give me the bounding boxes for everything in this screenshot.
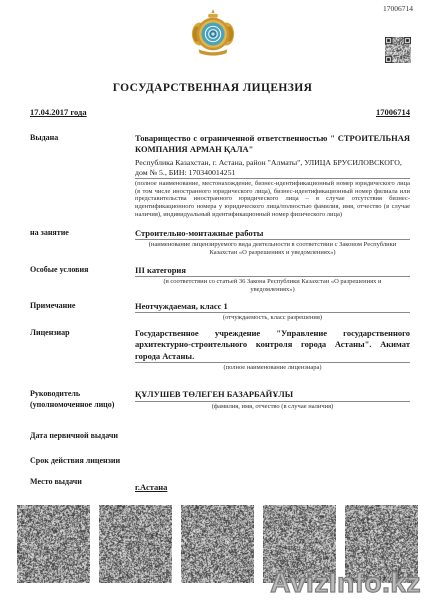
corner-serial-number: 17006714 bbox=[383, 4, 413, 13]
licensor-value: Государственное учреждение "Управление г… bbox=[135, 328, 410, 363]
field-licensor: Лицензиар Государственное учреждение "Уп… bbox=[30, 328, 410, 371]
licensee-address: Республика Казахстан, г. Астана, район "… bbox=[135, 158, 410, 178]
field-place-of-issue: Место выдачи г.Астана bbox=[30, 477, 410, 495]
field-special-conditions: Особые условия III категория (в соответс… bbox=[30, 265, 410, 294]
head-name: ҚҰЛУШЕВ ТӨЛЕГЕН БАЗАРБАЙҰЛЫ bbox=[135, 389, 410, 401]
field-label: Руководитель (уполномоченное лицо) bbox=[30, 389, 135, 411]
field-activity: на занятие Строительно-монтажные работы … bbox=[30, 228, 410, 257]
field-caption: (полное наименование, местонахождение, б… bbox=[135, 180, 410, 218]
field-label: Лицензиар bbox=[30, 328, 135, 371]
field-validity: Срок действия лицензии bbox=[30, 456, 410, 467]
document-title: ГОСУДАРСТВЕННАЯ ЛИЦЕНЗИЯ bbox=[0, 82, 425, 94]
fields-section: Выдана Товарищество с ограниченной ответ… bbox=[0, 133, 425, 495]
field-note: Примечание Неотчуждаемая, класс 1 (отчуж… bbox=[30, 301, 410, 322]
field-issued-to: Выдана Товарищество с ограниченной ответ… bbox=[30, 133, 410, 218]
special-conditions-value: III категория bbox=[135, 265, 410, 277]
head-label: Руководитель bbox=[30, 389, 129, 400]
license-document: 17006714 ГОСУДАРСТВЕННАЯ ЛИЦЕНЗИЯ 17.04.… bbox=[0, 0, 425, 600]
barcode-2 bbox=[99, 505, 172, 583]
head-label-note: (уполномоченное лицо) bbox=[30, 400, 129, 411]
field-caption: (в соответствии со статьей 36 Закона Рес… bbox=[135, 278, 410, 293]
field-label: на занятие bbox=[30, 228, 135, 257]
licensee-name: Товарищество с ограниченной ответственно… bbox=[135, 133, 410, 155]
place-of-issue-value: г.Астана bbox=[135, 482, 167, 492]
field-caption: (фамилия, имя, отчество (в случае наличи… bbox=[135, 403, 410, 411]
field-label: Срок действия лицензии bbox=[30, 456, 135, 467]
emblem-container bbox=[0, 0, 425, 61]
date-number-row: 17.04.2017 года 17006714 bbox=[0, 107, 425, 117]
note-value: Неотчуждаемая, класс 1 bbox=[135, 301, 410, 313]
barcode-1 bbox=[17, 505, 90, 583]
license-number: 17006714 bbox=[376, 107, 410, 117]
field-label: Место выдачи bbox=[30, 477, 135, 495]
field-label: Примечание bbox=[30, 301, 135, 322]
field-caption: (наименование лицензируемого вида деятел… bbox=[135, 241, 410, 256]
field-first-issue-date: Дата первичной выдачи bbox=[30, 431, 410, 442]
field-caption: (отчуждаемость, класс разрешения) bbox=[135, 314, 410, 322]
field-label: Выдана bbox=[30, 133, 135, 218]
avizinfo-watermark: AvizInfo.kz bbox=[270, 567, 421, 599]
kazakhstan-coat-of-arms-icon bbox=[189, 9, 237, 59]
qr-code bbox=[385, 37, 411, 63]
activity-value: Строительно-монтажные работы bbox=[135, 228, 410, 240]
issue-date: 17.04.2017 года bbox=[30, 107, 87, 117]
barcode-3 bbox=[181, 505, 254, 583]
field-label: Особые условия bbox=[30, 265, 135, 294]
field-label: Дата первичной выдачи bbox=[30, 431, 135, 442]
field-caption: (полное наименование лицензиара) bbox=[135, 364, 410, 372]
field-head: Руководитель (уполномоченное лицо) ҚҰЛУШ… bbox=[30, 389, 410, 411]
